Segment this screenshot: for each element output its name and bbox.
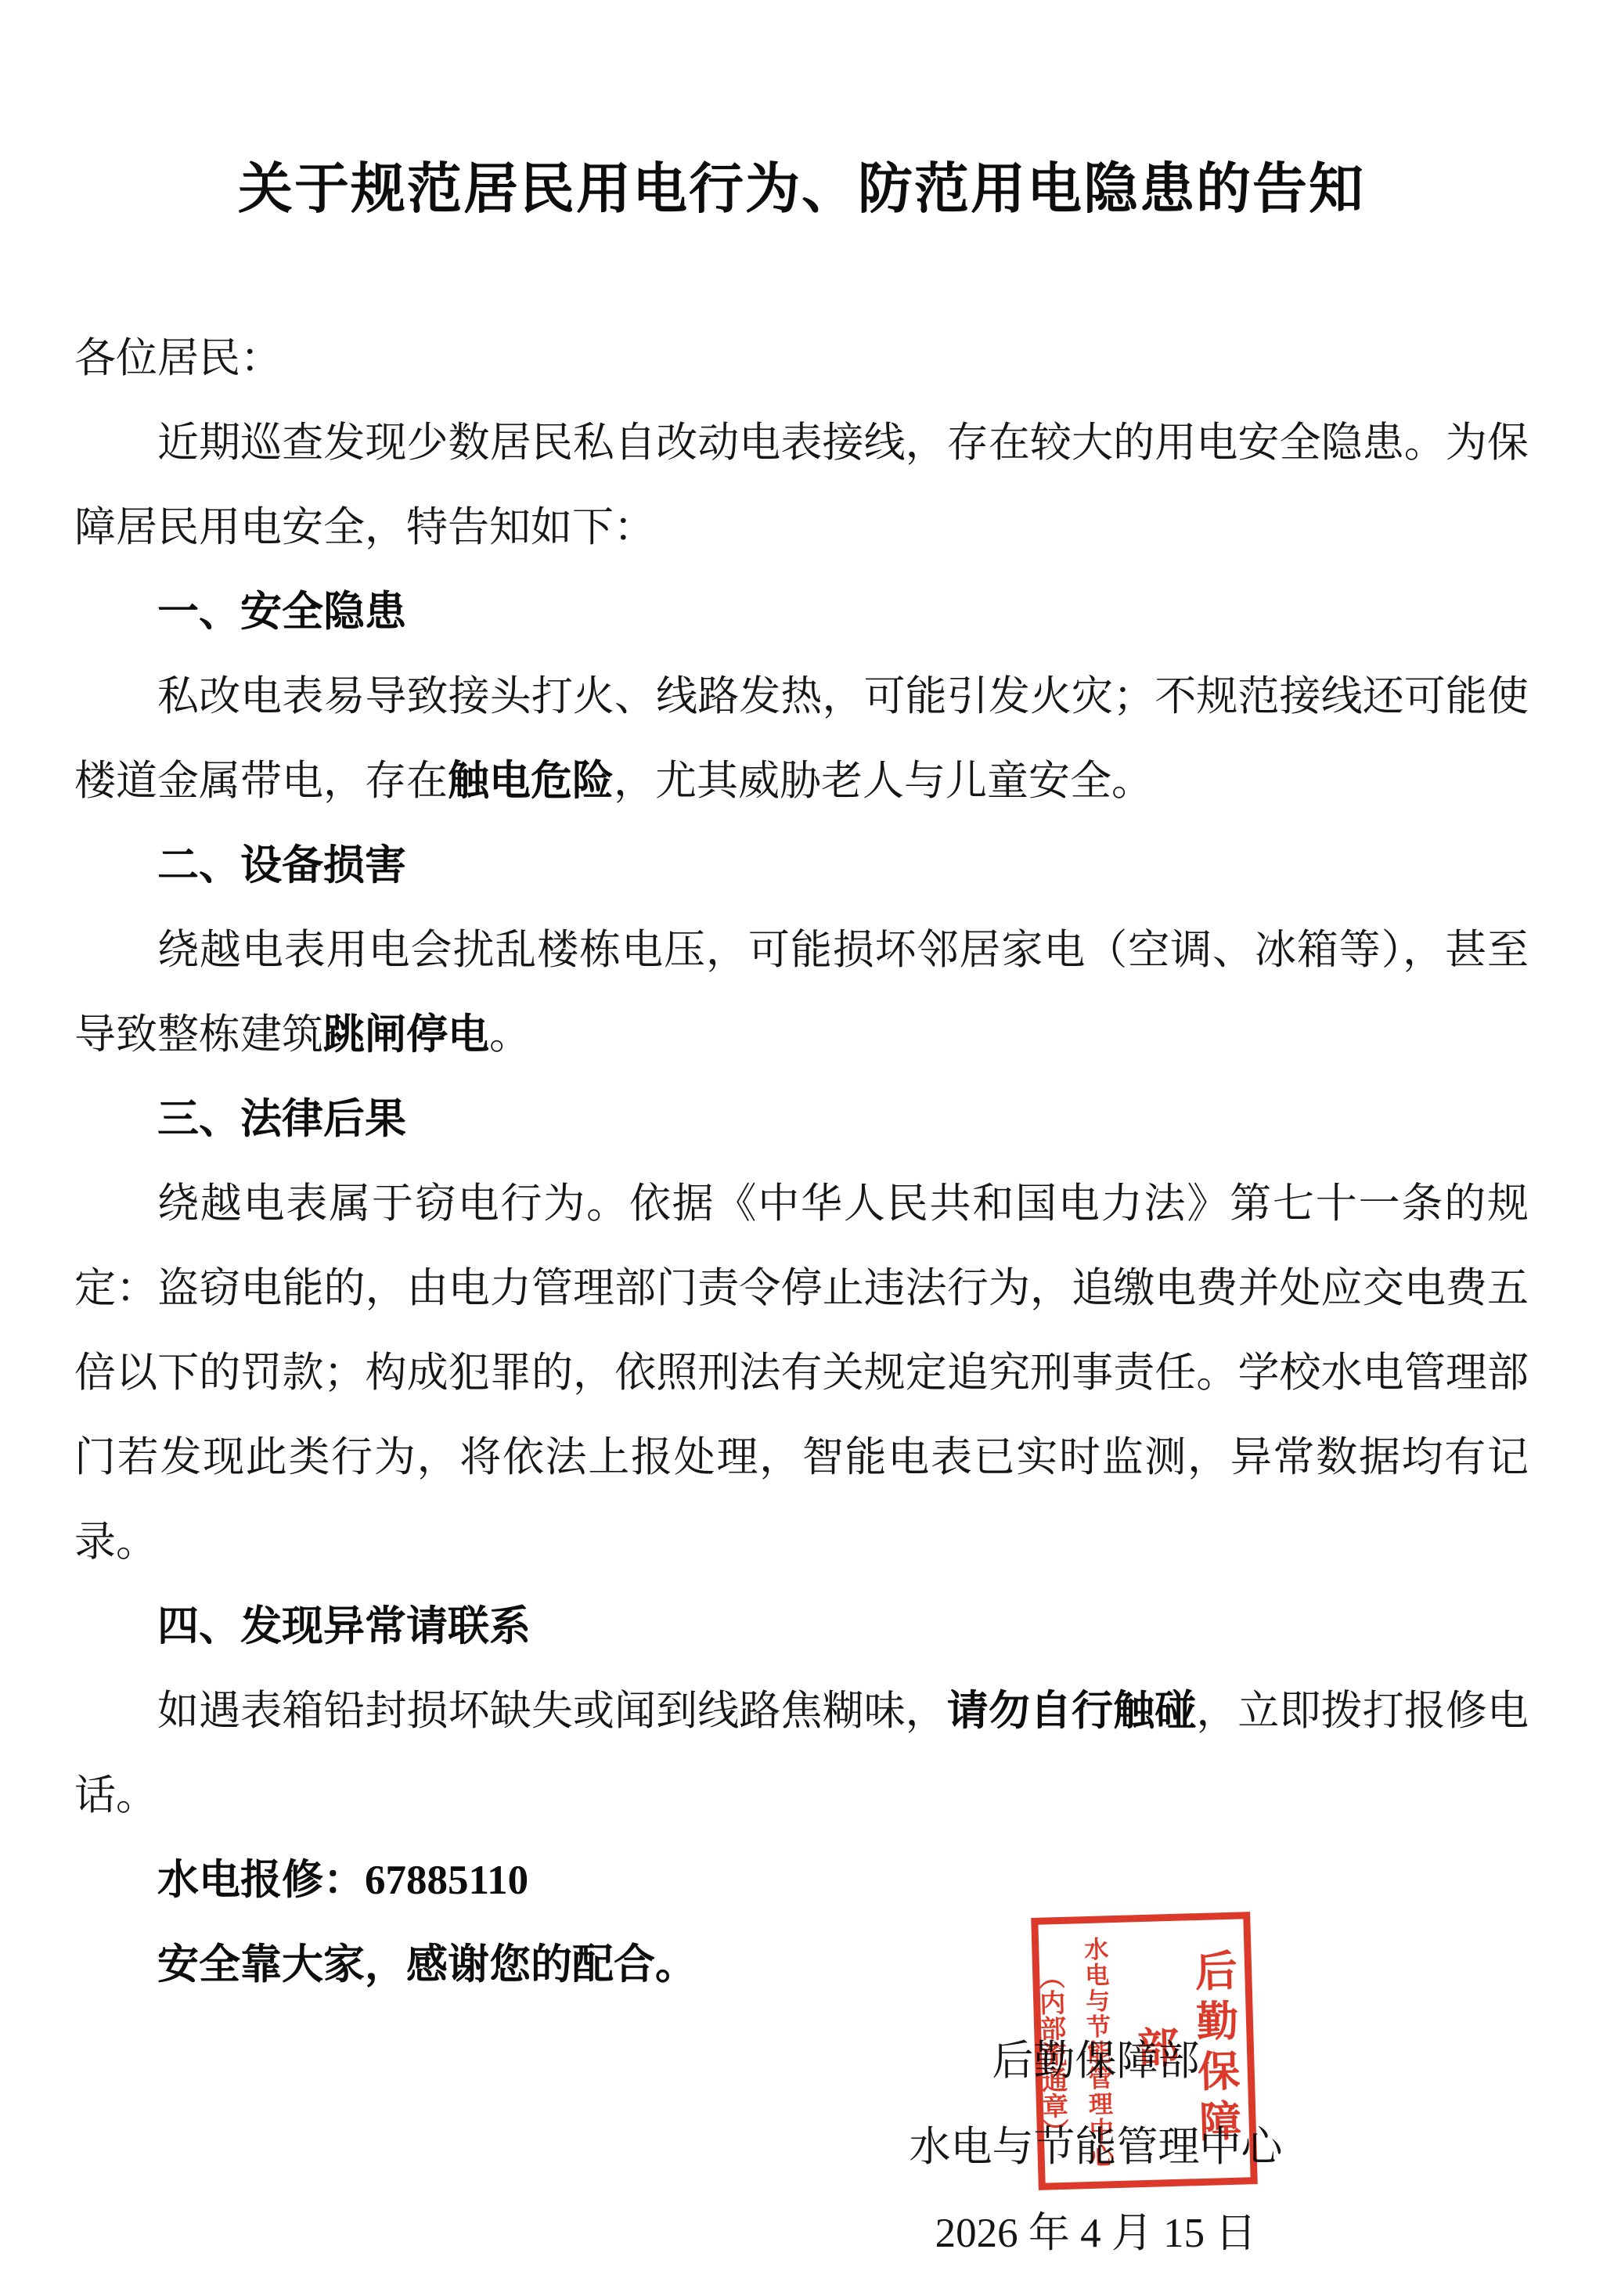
section-1-text-tail: ，尤其威胁老人与儿童安全。 [614,759,1153,804]
section-paragraph-3: 绕越电表属于窃电行为。依据《中华人民共和国电力法》第七十一条的规定：盗窃电能的，… [74,1162,1529,1584]
section-3-text: 绕越电表属于窃电行为。依据《中华人民共和国电力法》第七十一条的规定：盗窃电能的，… [74,1181,1529,1565]
section-4-emphasis: 请勿自行触碰 [947,1689,1197,1734]
stamp-column-department: 后勤保障部 [1115,1925,1249,2174]
section-2-text-tail: 。 [489,1012,531,1058]
notice-body: 各位居民： 近期巡查发现少数居民私自改动电表接线，存在较大的用电安全隐患。为保障… [74,316,1529,2007]
section-heading-4: 四、发现异常请联系 [74,1584,1529,1669]
signature-date: 2026 年 4 月 15 日 [775,2190,1417,2276]
section-heading-3: 三、法律后果 [74,1077,1529,1162]
section-2-text: 绕越电表用电会扰乱楼栋电压，可能损坏邻居家电（空调、冰箱等），甚至导致整栋建筑 [74,928,1529,1058]
section-paragraph-1: 私改电表易导致接头打火、线路发热，可能引发火灾；不规范接线还可能使楼道金属带电，… [74,654,1529,824]
section-4-text: 如遇表箱铅封损坏缺失或闻到线路焦糊味， [157,1689,947,1734]
stamp-column-center-name: 水电与节能管理中心 [1072,1929,1122,2175]
closing-line: 安全靠大家，感谢您的配合。 [74,1923,1529,2007]
notice-title: 关于规范居民用电行为、防范用电隐患的告知 [0,0,1603,224]
salutation: 各位居民： [74,316,1529,401]
section-heading-2: 二、设备损害 [74,824,1529,908]
section-2-emphasis: 跳闸停电 [323,1012,489,1058]
section-1-emphasis: 触电危险 [448,759,614,804]
section-heading-1: 一、安全隐患 [74,570,1529,654]
section-paragraph-4: 如遇表箱铅封损坏缺失或闻到线路焦糊味，请勿自行触碰，立即拨打报修电话。 [74,1669,1529,1838]
section-paragraph-2: 绕越电表用电会扰乱楼栋电压，可能损坏邻居家电（空调、冰箱等），甚至导致整栋建筑跳… [74,908,1529,1077]
notice-document: 关于规范居民用电行为、防范用电隐患的告知 各位居民： 近期巡查发现少数居民私自改… [0,0,1603,2296]
stamp-column-internal-note: （内部流通章） [1031,1930,1079,2177]
intro-paragraph: 近期巡查发现少数居民私自改动电表接线，存在较大的用电安全隐患。为保障居民用电安全… [74,401,1529,570]
repair-phone-line: 水电报修：67885110 [74,1838,1529,1923]
official-stamp: 后勤保障部 水电与节能管理中心 （内部流通章） [1031,1912,1258,2190]
official-stamp-text: 后勤保障部 水电与节能管理中心 （内部流通章） [1038,1919,1250,2182]
